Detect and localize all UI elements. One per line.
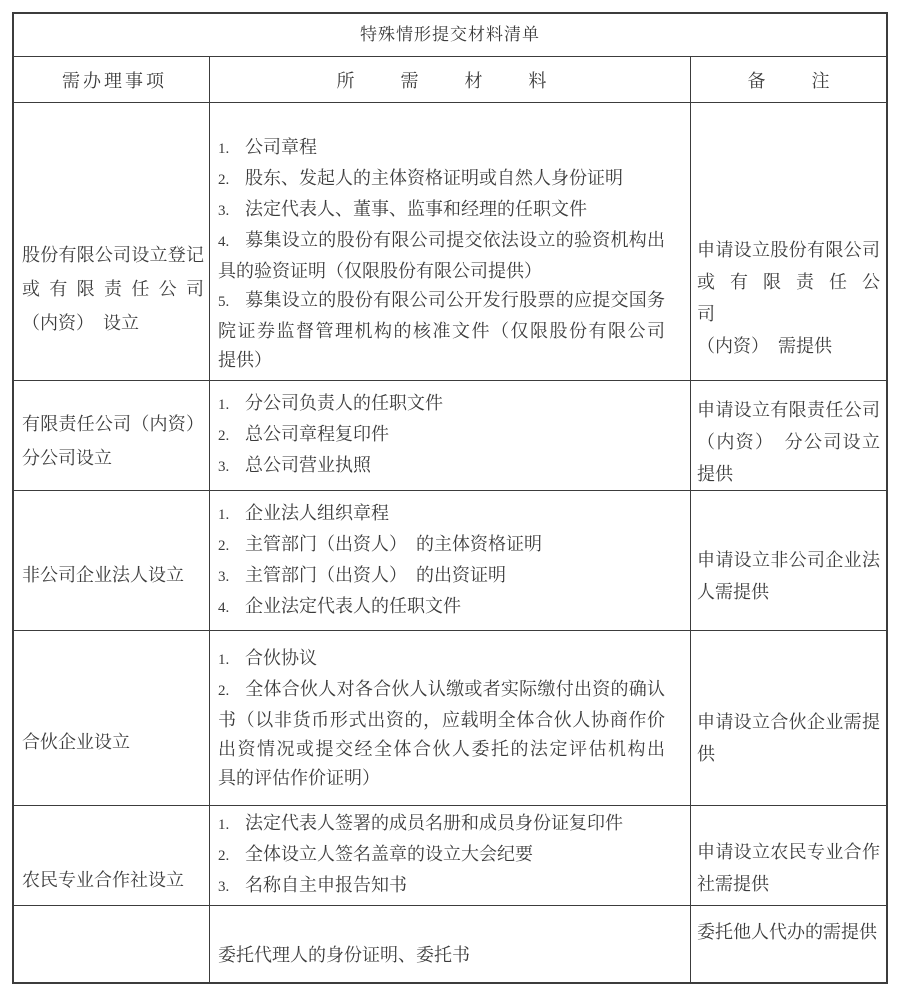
- list-number: 1.: [218, 391, 245, 420]
- material-item: 2.总公司章程复印件: [218, 420, 665, 451]
- text-line: 有限责任公司（内资）: [22, 407, 204, 441]
- text-line: 合伙企业设立: [22, 725, 204, 759]
- list-number: 2.: [218, 166, 245, 195]
- cell-item-row3: 非公司企业法人设立: [14, 491, 210, 631]
- text-line: 股份有限公司设立登记: [22, 238, 204, 272]
- list-number: 1.: [218, 501, 245, 530]
- header-remark-column: 备 注: [691, 57, 886, 103]
- cell-materials-row3: 1.企业法人组织章程2.主管部门（出资人） 的主体资格证明3.主管部门（出资人）…: [210, 491, 691, 631]
- material-text: 股东、发起人的主体资格证明或自然人身份证明: [245, 168, 623, 188]
- material-text: 名称自主申报告知书: [245, 875, 407, 895]
- cell-remark-row5: 申请设立农民专业合作社需提供: [691, 806, 886, 906]
- cell-item-row5: 农民专业合作社设立: [14, 806, 210, 906]
- material-text: 募集设立的股份有限公司公开发行股票的应提交国务: [245, 290, 665, 310]
- cell-materials-row4: 1.合伙协议2.全体合伙人对各合伙人认缴或者实际缴付出资的确认书（以非货币形式出…: [210, 631, 691, 806]
- cell-item-row1: 股份有限公司设立登记或有限责任公司（内资） 设立: [14, 103, 210, 381]
- material-text: 公司章程: [245, 137, 317, 157]
- material-text: 总公司章程复印件: [245, 424, 389, 444]
- list-number: 2.: [218, 422, 245, 451]
- material-text: 主管部门（出资人） 的主体资格证明: [245, 534, 542, 554]
- text-line: 非公司企业法人设立: [22, 558, 204, 592]
- material-text: 全体合伙人对各合伙人认缴或者实际缴付出资的确认: [245, 679, 665, 699]
- cell-remark-row2: 申请设立有限责任公司（内资） 分公司设立提供: [691, 381, 886, 491]
- list-number: 5.: [218, 288, 245, 317]
- list-number: 3.: [218, 563, 245, 592]
- material-text: 分公司负责人的任职文件: [245, 393, 443, 413]
- text-line: 农民专业合作社设立: [22, 863, 204, 897]
- material-item: 4.企业法定代表人的任职文件: [218, 592, 665, 623]
- cell-item-row2: 有限责任公司（内资）分公司设立: [14, 381, 210, 491]
- text-line: 委托他人代办的需提供: [697, 916, 880, 948]
- material-item-line: 书（以非货币形式出资的，应载明全体合伙人协商作价: [218, 706, 665, 735]
- material-item: 1.合伙协议: [218, 644, 665, 675]
- material-text: 法定代表人、董事、监事和经理的任职文件: [245, 199, 587, 219]
- material-item: 2.全体设立人签名盖章的设立大会纪要: [218, 840, 665, 871]
- material-item: 2.主管部门（出资人） 的主体资格证明: [218, 530, 665, 561]
- text-line: 申请设立非公司企业法: [697, 544, 880, 576]
- material-item: 1.分公司负责人的任职文件: [218, 389, 665, 420]
- list-number: 1.: [218, 135, 245, 164]
- document-page: { "colors": { "border": "#3c3c3c", "text…: [0, 0, 900, 996]
- material-text: 企业法定代表人的任职文件: [245, 596, 461, 616]
- cell-materials-row5: 1.法定代表人签署的成员名册和成员身份证复印件2.全体设立人签名盖章的设立大会纪…: [210, 806, 691, 906]
- material-item: 5.募集设立的股份有限公司公开发行股票的应提交国务: [218, 286, 665, 317]
- header-item-label: 需办理事项: [59, 67, 167, 93]
- material-item-line: 具的验资证明（仅限股份有限公司提供）: [218, 257, 665, 286]
- text-line: （内资） 需提供: [697, 330, 880, 362]
- material-item: 3.名称自主申报告知书: [218, 871, 665, 902]
- material-item: 1.法定代表人签署的成员名册和成员身份证复印件: [218, 809, 665, 840]
- material-item: 委托代理人的身份证明、委托书: [218, 941, 665, 970]
- material-item: 3.主管部门（出资人） 的出资证明: [218, 561, 665, 592]
- text-line: 人需提供: [697, 576, 880, 608]
- cell-item-row6: [14, 906, 210, 982]
- list-number: 2.: [218, 677, 245, 706]
- material-item: 2.股东、发起人的主体资格证明或自然人身份证明: [218, 164, 665, 195]
- list-number: 3.: [218, 453, 245, 482]
- header-materials-column: 所 需 材 料: [210, 57, 691, 103]
- text-line: 申请设立农民专业合作: [697, 836, 880, 868]
- material-item: 3.总公司营业执照: [218, 451, 665, 482]
- list-number: 4.: [218, 228, 245, 257]
- list-number: 2.: [218, 532, 245, 561]
- text-line: 供: [697, 738, 880, 770]
- material-item-line: 具的评估作价证明）: [218, 764, 665, 793]
- material-text: 募集设立的股份有限公司提交依法设立的验资机构出: [245, 230, 665, 250]
- material-text: 主管部门（出资人） 的出资证明: [245, 565, 506, 585]
- header-materials-label: 所 需 材 料: [323, 67, 561, 93]
- text-line: 申请设立有限责任公司: [697, 394, 880, 426]
- material-text: 法定代表人签署的成员名册和成员身份证复印件: [245, 813, 623, 833]
- text-line: 提供: [697, 458, 880, 490]
- text-line: 分公司设立: [22, 441, 204, 475]
- material-item: 1.企业法人组织章程: [218, 499, 665, 530]
- cell-materials-row1: 1.公司章程2.股东、发起人的主体资格证明或自然人身份证明3.法定代表人、董事、…: [210, 103, 691, 381]
- material-text: 企业法人组织章程: [245, 503, 389, 523]
- cell-remark-row1: 申请设立股份有限公司或有限责任公司（内资） 需提供: [691, 103, 886, 381]
- text-line: 司: [697, 298, 880, 330]
- text-line: 社需提供: [697, 868, 880, 900]
- material-text: 合伙协议: [245, 648, 317, 668]
- cell-remark-row4: 申请设立合伙企业需提供: [691, 631, 886, 806]
- page-title: 特殊情形提交材料清单: [360, 25, 540, 45]
- text-line: （内资） 分公司设立: [697, 426, 880, 458]
- text-line: 申请设立合伙企业需提: [697, 706, 880, 738]
- cell-remark-row3: 申请设立非公司企业法人需提供: [691, 491, 886, 631]
- list-number: 1.: [218, 646, 245, 675]
- text-line: （内资） 设立: [22, 306, 204, 340]
- list-number: 3.: [218, 197, 245, 226]
- cell-materials-row6: 委托代理人的身份证明、委托书: [210, 906, 691, 982]
- table-title-cell: 特殊情形提交材料清单: [14, 14, 886, 57]
- cell-materials-row2: 1.分公司负责人的任职文件2.总公司章程复印件3.总公司营业执照: [210, 381, 691, 491]
- list-number: 1.: [218, 811, 245, 840]
- cell-item-row4: 合伙企业设立: [14, 631, 210, 806]
- list-number: 2.: [218, 842, 245, 871]
- text-line: 或有限责任公司: [22, 272, 204, 306]
- materials-table: 特殊情形提交材料清单 需办理事项 所 需 材 料 备 注 股份有限公司设立登记或…: [12, 12, 888, 984]
- material-text: 总公司营业执照: [245, 455, 371, 475]
- material-item-line: 提供）: [218, 346, 665, 375]
- material-item: 4.募集设立的股份有限公司提交依法设立的验资机构出: [218, 226, 665, 257]
- header-remark-label: 备 注: [734, 67, 844, 93]
- text-line: 申请设立股份有限公司: [697, 234, 880, 266]
- material-item: 1.公司章程: [218, 133, 665, 164]
- text-line: 或有限责任公: [697, 266, 880, 298]
- material-item-line: 出资情况或提交经全体合伙人委托的法定评估机构出: [218, 735, 665, 764]
- list-number: 3.: [218, 873, 245, 902]
- list-number: 4.: [218, 594, 245, 623]
- material-item-line: 院证券监督管理机构的核准文件（仅限股份有限公司: [218, 317, 665, 346]
- material-text: 全体设立人签名盖章的设立大会纪要: [245, 844, 533, 864]
- header-item-column: 需办理事项: [14, 57, 210, 103]
- material-item: 3.法定代表人、董事、监事和经理的任职文件: [218, 195, 665, 226]
- material-item: 2.全体合伙人对各合伙人认缴或者实际缴付出资的确认: [218, 675, 665, 706]
- cell-remark-row6: 委托他人代办的需提供: [691, 906, 886, 982]
